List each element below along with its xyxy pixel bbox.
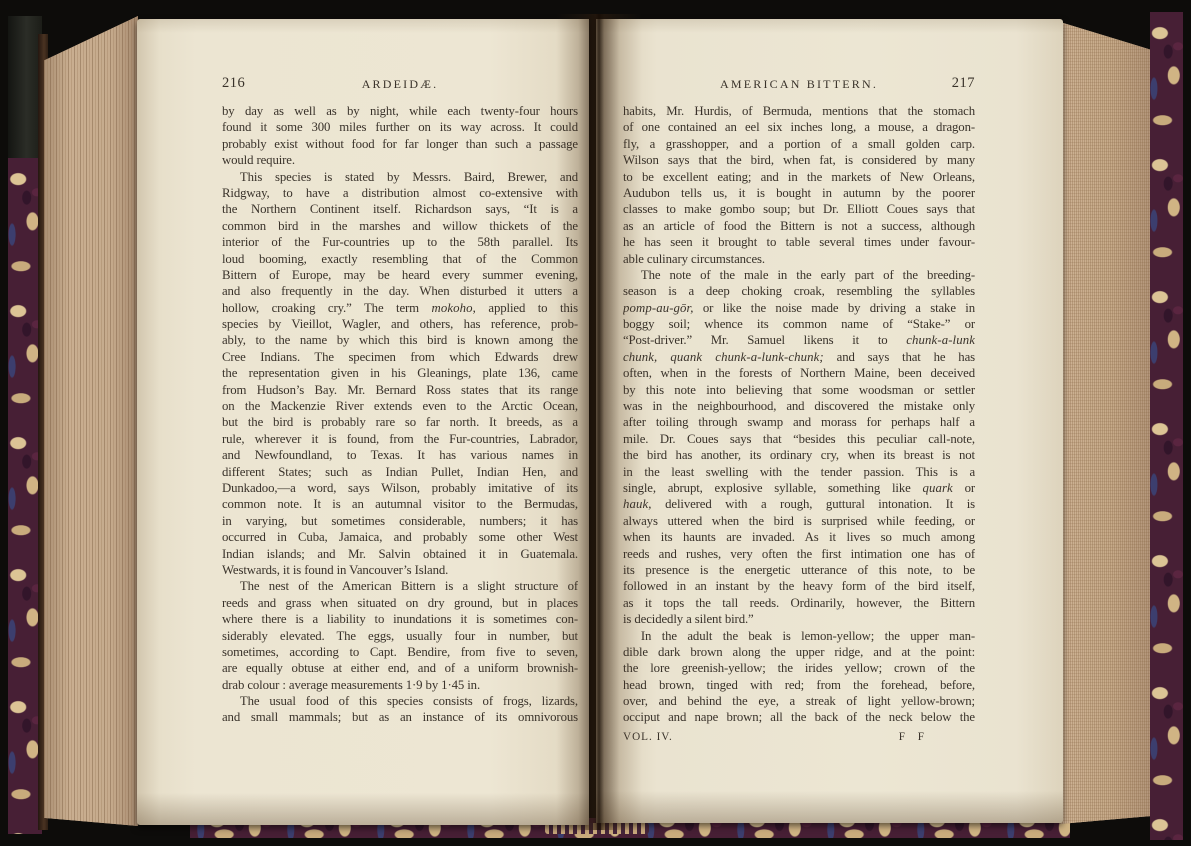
text-line: The note of the male in the early part o… bbox=[623, 267, 975, 283]
text-line: but the bird is probably rare so far nor… bbox=[222, 414, 578, 430]
right-page-number: 217 bbox=[952, 75, 975, 92]
text-line: of one contained an eel six inches long,… bbox=[623, 119, 975, 135]
text-line: was in the neighbourhood, and discovered… bbox=[623, 398, 975, 414]
text-line: This species is stated by Messrs. Baird,… bbox=[222, 169, 578, 185]
text-line: hollow, croaking cry.” The term mokoho, … bbox=[222, 300, 578, 316]
text-line: occiput and nape brown; all the back of … bbox=[623, 709, 975, 725]
right-page: AMERICAN BITTERN. 217 habits, Mr. Hurdis… bbox=[596, 19, 1063, 823]
text-line: where there is a liability to inundation… bbox=[222, 611, 578, 627]
left-page-block-edge bbox=[44, 16, 138, 826]
text-line: siderably elevated. The eggs, usually fo… bbox=[222, 628, 578, 644]
paragraph: habits, Mr. Hurdis, of Bermuda, mentions… bbox=[623, 103, 975, 267]
text-line: on the Mackenzie River extends even to t… bbox=[222, 398, 578, 414]
text-line: “Post-driver.” Mr. Samuel likens it to c… bbox=[623, 332, 975, 348]
text-line: always uttered when the bird is surprise… bbox=[623, 513, 975, 529]
text-line: the bird has another, its ordinary cry, … bbox=[623, 447, 975, 463]
text-line: Bittern of Europe, may be heard every su… bbox=[222, 267, 578, 283]
text-line: found it some 300 miles further on its w… bbox=[222, 119, 578, 135]
text-line: often, when in the forests of Northern M… bbox=[623, 365, 975, 381]
text-line: and small mammals; but as an instance of… bbox=[222, 709, 578, 725]
signature-mark: F F bbox=[899, 731, 929, 743]
text-line: the Northern Continent itself. Richardso… bbox=[222, 201, 578, 217]
text-line: in varying, but sometimes considerable, … bbox=[222, 513, 578, 529]
text-line: hauk, delivered with a rough, guttural i… bbox=[623, 496, 975, 512]
text-line: and Newfoundland, to Texas. It has vario… bbox=[222, 447, 578, 463]
text-line: sometimes, according to Capt. Bendire, f… bbox=[222, 644, 578, 660]
right-page-block-edge bbox=[1060, 22, 1152, 824]
left-page: 216 ARDEIDÆ. by day as well as by night,… bbox=[137, 19, 589, 825]
text-line: Dunkadoo,—a word, says Wilson, probably … bbox=[222, 480, 578, 496]
text-line: as an article of food the Bittern is not… bbox=[623, 218, 975, 234]
text-line: fly, a grasshopper, and a portion of a s… bbox=[623, 136, 975, 152]
text-line: occurred in Cuba, Jamaica, and probably … bbox=[222, 529, 578, 545]
paragraph: In the adult the beak is lemon-yellow; t… bbox=[623, 628, 975, 726]
text-line: the representation given in his Gleaning… bbox=[222, 365, 578, 381]
text-line: in the least swelling with the tender pa… bbox=[623, 464, 975, 480]
left-cover-edge bbox=[8, 16, 42, 166]
text-line: single, abrupt, explosive syllable, some… bbox=[623, 480, 975, 496]
left-page-body: by day as well as by night, while each t… bbox=[222, 103, 578, 726]
text-line: dible dark brown along the upper ridge, … bbox=[623, 644, 975, 660]
text-line: Wilson says that the bird, when fat, is … bbox=[623, 152, 975, 168]
text-line: Westwards, it is found in Vancouver’s Is… bbox=[222, 562, 578, 578]
text-line: reeds and rushes, very often the first i… bbox=[623, 546, 975, 562]
text-line: rule, wherever it is found, from the Fur… bbox=[222, 431, 578, 447]
text-line: reeds and grass when situated on dry gro… bbox=[222, 595, 578, 611]
text-line: after toiling through swamp and morass f… bbox=[623, 414, 975, 430]
text-line: classes to make gombo soup; but Dr. Elli… bbox=[623, 201, 975, 217]
text-line: loud booming, exactly resembling that of… bbox=[222, 251, 578, 267]
text-line: The nest of the American Bittern is a sl… bbox=[222, 578, 578, 594]
paragraph: by day as well as by night, while each t… bbox=[222, 103, 578, 169]
text-line: able culinary circumstances. bbox=[623, 251, 975, 267]
text-line: he has seen it brought to table several … bbox=[623, 234, 975, 250]
text-line: Ridgway, to have a distribution almost c… bbox=[222, 185, 578, 201]
text-line: as it tops the tall reeds. Ordinarily, h… bbox=[623, 595, 975, 611]
text-line: habits, Mr. Hurdis, of Bermuda, mentions… bbox=[623, 103, 975, 119]
text-line: pomp-au-gōr, or like the noise made by d… bbox=[623, 300, 975, 316]
text-line: ably, to the name by which this bird is … bbox=[222, 332, 578, 348]
text-line: season is a deep choking croak, resembli… bbox=[623, 283, 975, 299]
text-line: common bird in the marshes and willow th… bbox=[222, 218, 578, 234]
text-line: by this note into believing that some wo… bbox=[623, 382, 975, 398]
text-line: by day as well as by night, while each t… bbox=[222, 103, 578, 119]
text-line: head brown, tinged with red; from the fo… bbox=[623, 677, 975, 693]
text-line: from Hudson’s Bay. Mr. Bernard Ross stat… bbox=[222, 382, 578, 398]
text-line: chunk, quank chunk-a-lunk-chunk; and say… bbox=[623, 349, 975, 365]
text-line: its presence is the energetic utterance … bbox=[623, 562, 975, 578]
left-marbled-endpaper bbox=[8, 158, 42, 834]
text-line: would require. bbox=[222, 152, 578, 168]
text-line: to be excellent eating; and in the marke… bbox=[623, 169, 975, 185]
right-marbled-endpaper bbox=[1150, 12, 1183, 840]
text-line: interior of the Fur-countries up to the … bbox=[222, 234, 578, 250]
volume-label: VOL. IV. bbox=[623, 731, 673, 743]
right-running-header: AMERICAN BITTERN. bbox=[623, 75, 975, 92]
left-page-header: 216 ARDEIDÆ. bbox=[222, 75, 578, 93]
text-line: are equally obtuse at either end, and of… bbox=[222, 660, 578, 676]
text-line: boggy soil; whence its common name of “S… bbox=[623, 316, 975, 332]
text-line: is decidedly a silent bird.” bbox=[623, 611, 975, 627]
text-line: the lore greenish-yellow; the irides yel… bbox=[623, 660, 975, 676]
text-line: The usual food of this species consists … bbox=[222, 693, 578, 709]
text-line: probably exist without food for far long… bbox=[222, 136, 578, 152]
text-line: Audubon tells us, it is bought in autumn… bbox=[623, 185, 975, 201]
left-running-header: ARDEIDÆ. bbox=[222, 75, 578, 92]
text-line: mile. Dr. Coues says that “besides this … bbox=[623, 431, 975, 447]
book-photograph: 216 ARDEIDÆ. by day as well as by night,… bbox=[0, 0, 1191, 846]
text-line: followed in an instant by the heavy form… bbox=[623, 578, 975, 594]
paragraph: The note of the male in the early part o… bbox=[623, 267, 975, 628]
right-page-header: AMERICAN BITTERN. 217 bbox=[623, 75, 975, 93]
text-line: Indian islands; and Mr. Salvin obtained … bbox=[222, 546, 578, 562]
left-page-number: 216 bbox=[222, 75, 245, 92]
text-line: In the adult the beak is lemon-yellow; t… bbox=[623, 628, 975, 644]
text-line: species by Vieillot, Wagler, and others,… bbox=[222, 316, 578, 332]
paragraph: The usual food of this species consists … bbox=[222, 693, 578, 726]
text-line: Cree Indians. The specimen from which Ed… bbox=[222, 349, 578, 365]
text-line: when its haunts are invaded. As it lives… bbox=[623, 529, 975, 545]
right-page-body: habits, Mr. Hurdis, of Bermuda, mentions… bbox=[623, 103, 975, 726]
paragraph: The nest of the American Bittern is a sl… bbox=[222, 578, 578, 693]
text-line: and also frequently in the day. When dis… bbox=[222, 283, 578, 299]
text-line: drab colour : average measurements 1·9 b… bbox=[222, 677, 578, 693]
text-line: different States; such as Indian Pullet,… bbox=[222, 464, 578, 480]
paragraph: This species is stated by Messrs. Baird,… bbox=[222, 169, 578, 579]
right-page-footer: VOL. IV. F F bbox=[623, 731, 975, 743]
text-line: common note. It is an autumnal visitor t… bbox=[222, 496, 578, 512]
text-line: over, and behind the eye, a streak of li… bbox=[623, 693, 975, 709]
